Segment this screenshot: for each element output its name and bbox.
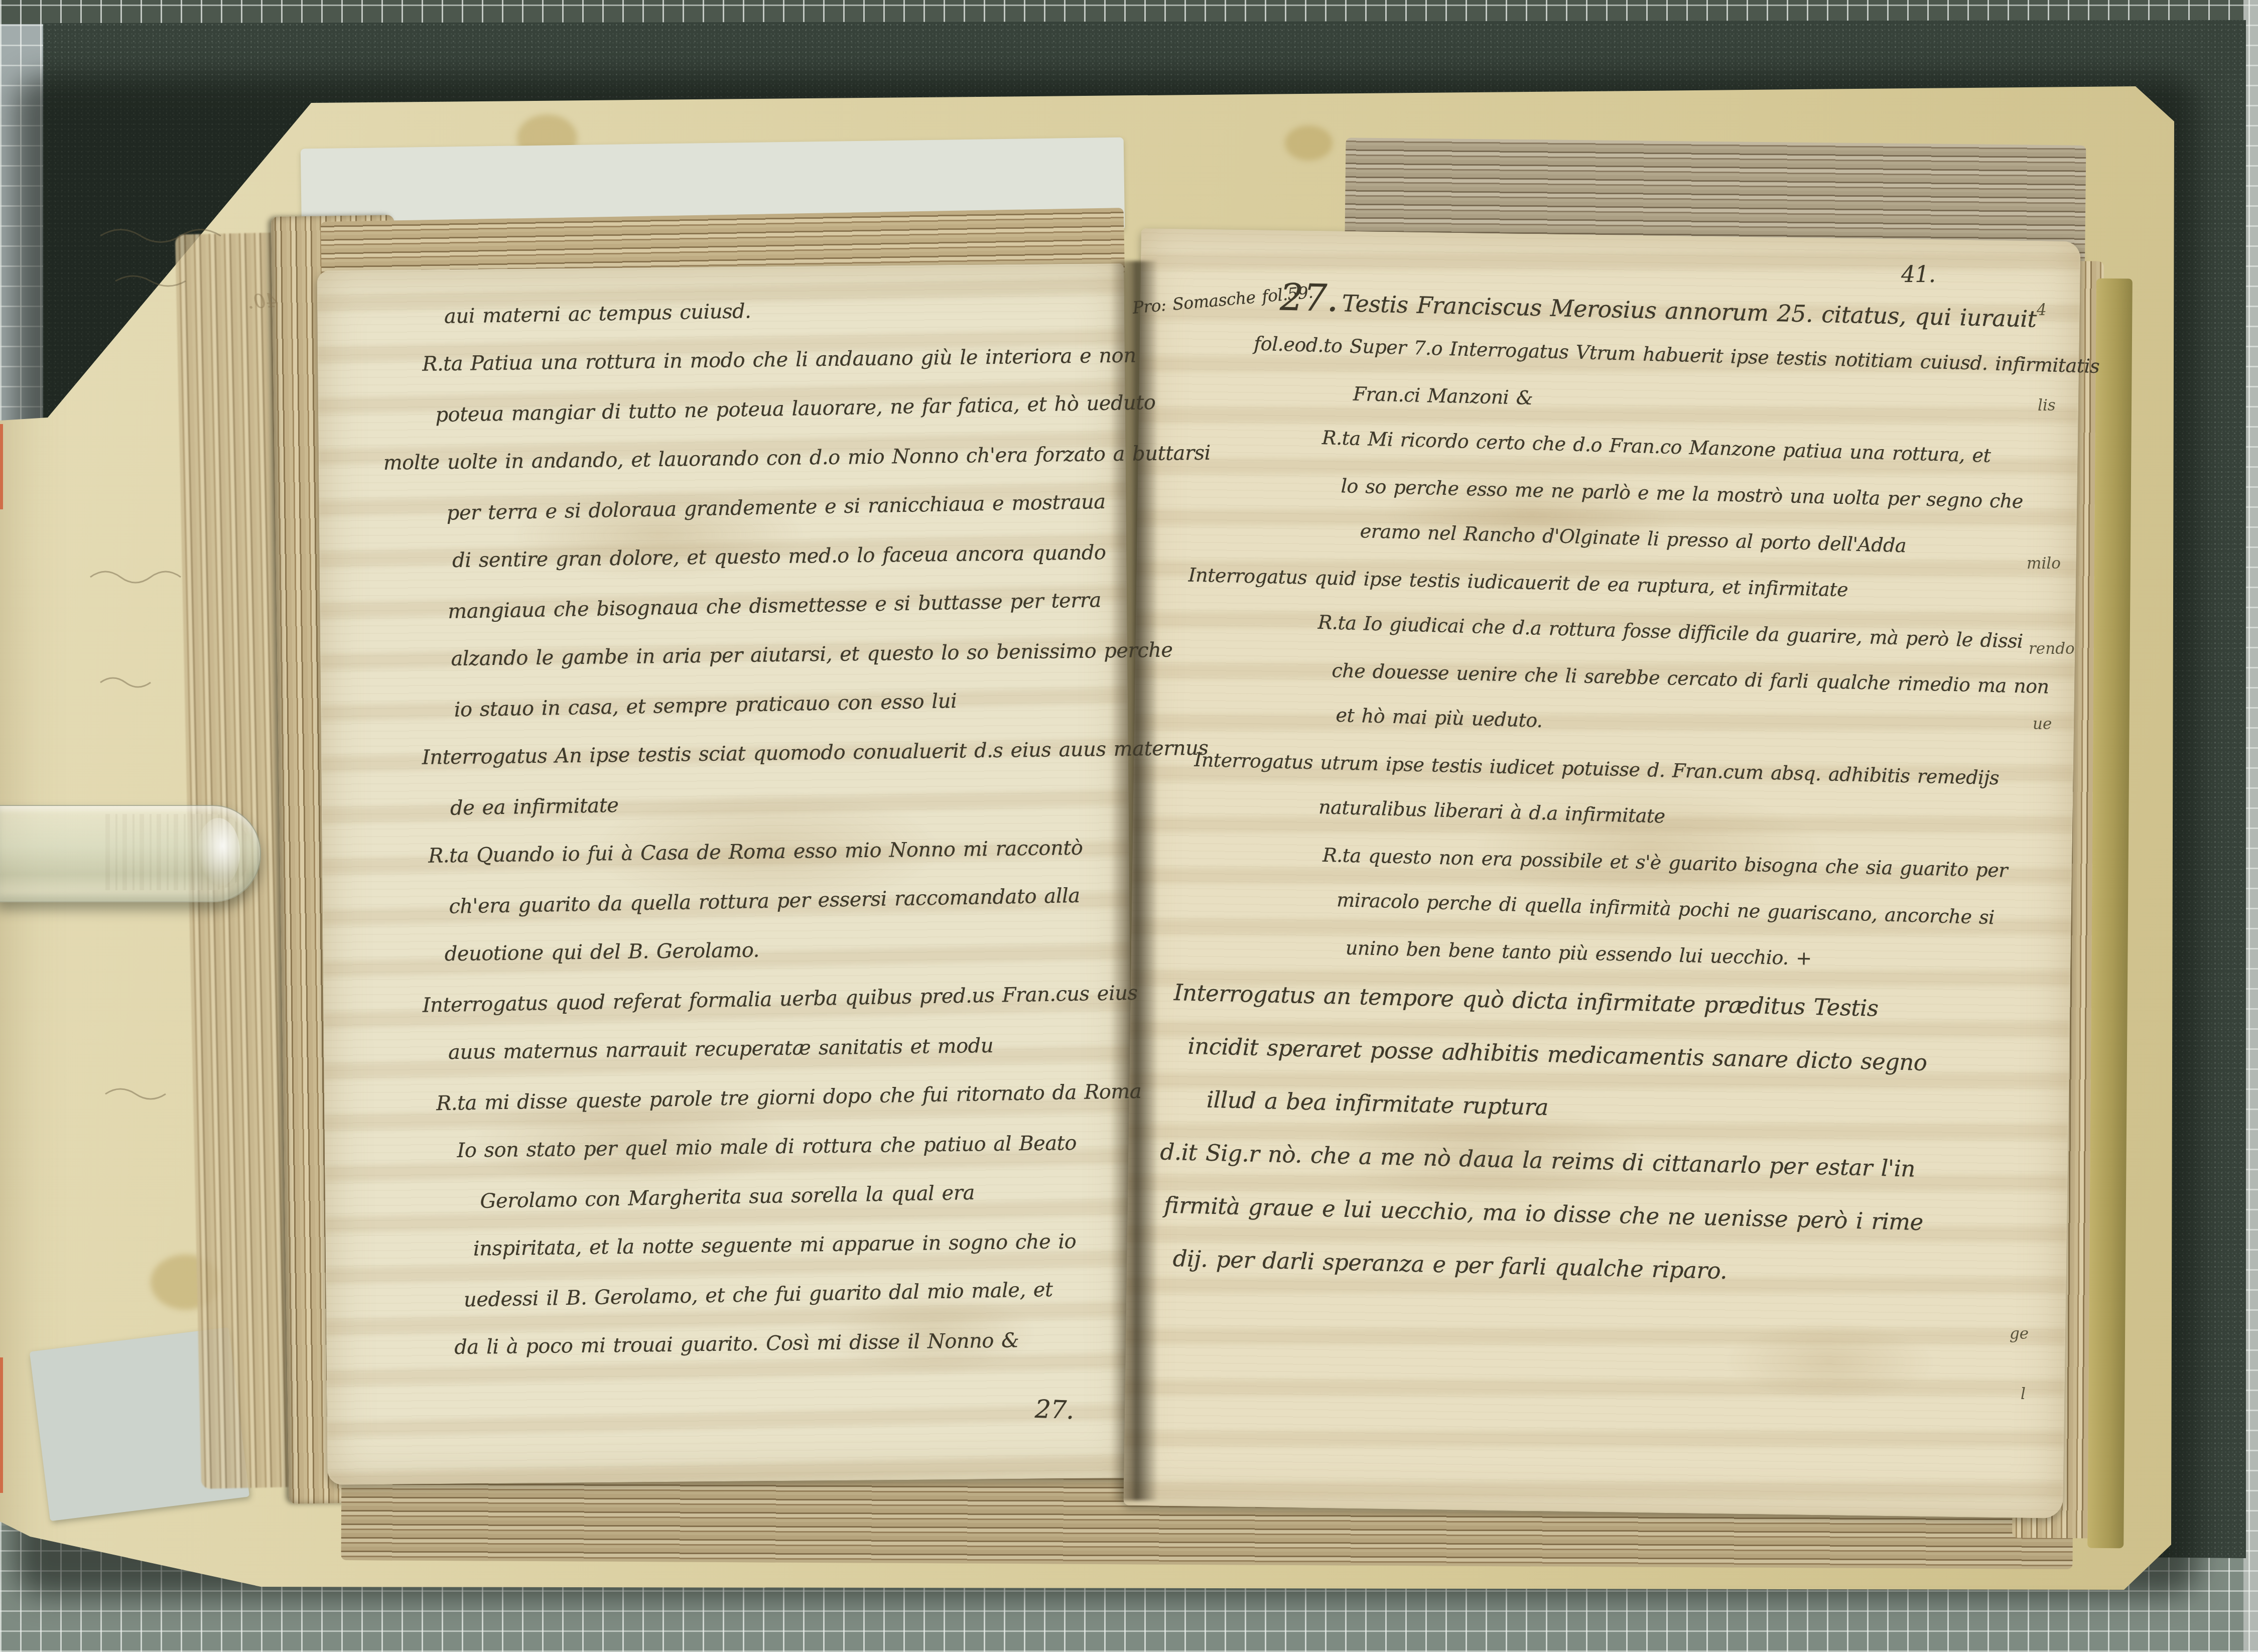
manuscript-photo-scene: 40. aui materni ac tempus cuiusd. R.ta P… — [0, 0, 2258, 1652]
fore-edge-fragment: lis — [2038, 396, 2097, 415]
fore-edge-fragment: l — [2021, 1385, 2080, 1403]
left-page-catchword: 27. — [1034, 1395, 1075, 1425]
testimony-number: 27. — [1279, 276, 1339, 320]
glass-weight-highlight — [197, 818, 240, 887]
fore-edge-fragment: ue — [2033, 715, 2092, 733]
fore-edge-fragment: ge — [2010, 1325, 2069, 1343]
right-page-text: 27. Testis Franciscus Merosius annorum 2… — [1152, 273, 2129, 1320]
edge-artifact — [0, 424, 3, 509]
edge-artifact — [0, 1357, 3, 1493]
fore-edge-fragment: rendo — [2029, 640, 2088, 658]
fore-edge-fragment: milo — [2027, 555, 2086, 573]
folio-number: 41. — [1901, 262, 1935, 288]
showthrough-folio-number: 40. — [247, 289, 278, 313]
fore-edge-fragment: 4 — [2037, 301, 2096, 319]
manuscript-line: da li à poco mi trouai guarito. Così mi … — [454, 1327, 1155, 1385]
testimony-heading-text: Testis Franciscus Merosius annorum 25. c… — [1342, 290, 2037, 332]
left-page-text: aui materni ac tempus cuiusd. R.ta Patiu… — [414, 295, 1155, 1386]
